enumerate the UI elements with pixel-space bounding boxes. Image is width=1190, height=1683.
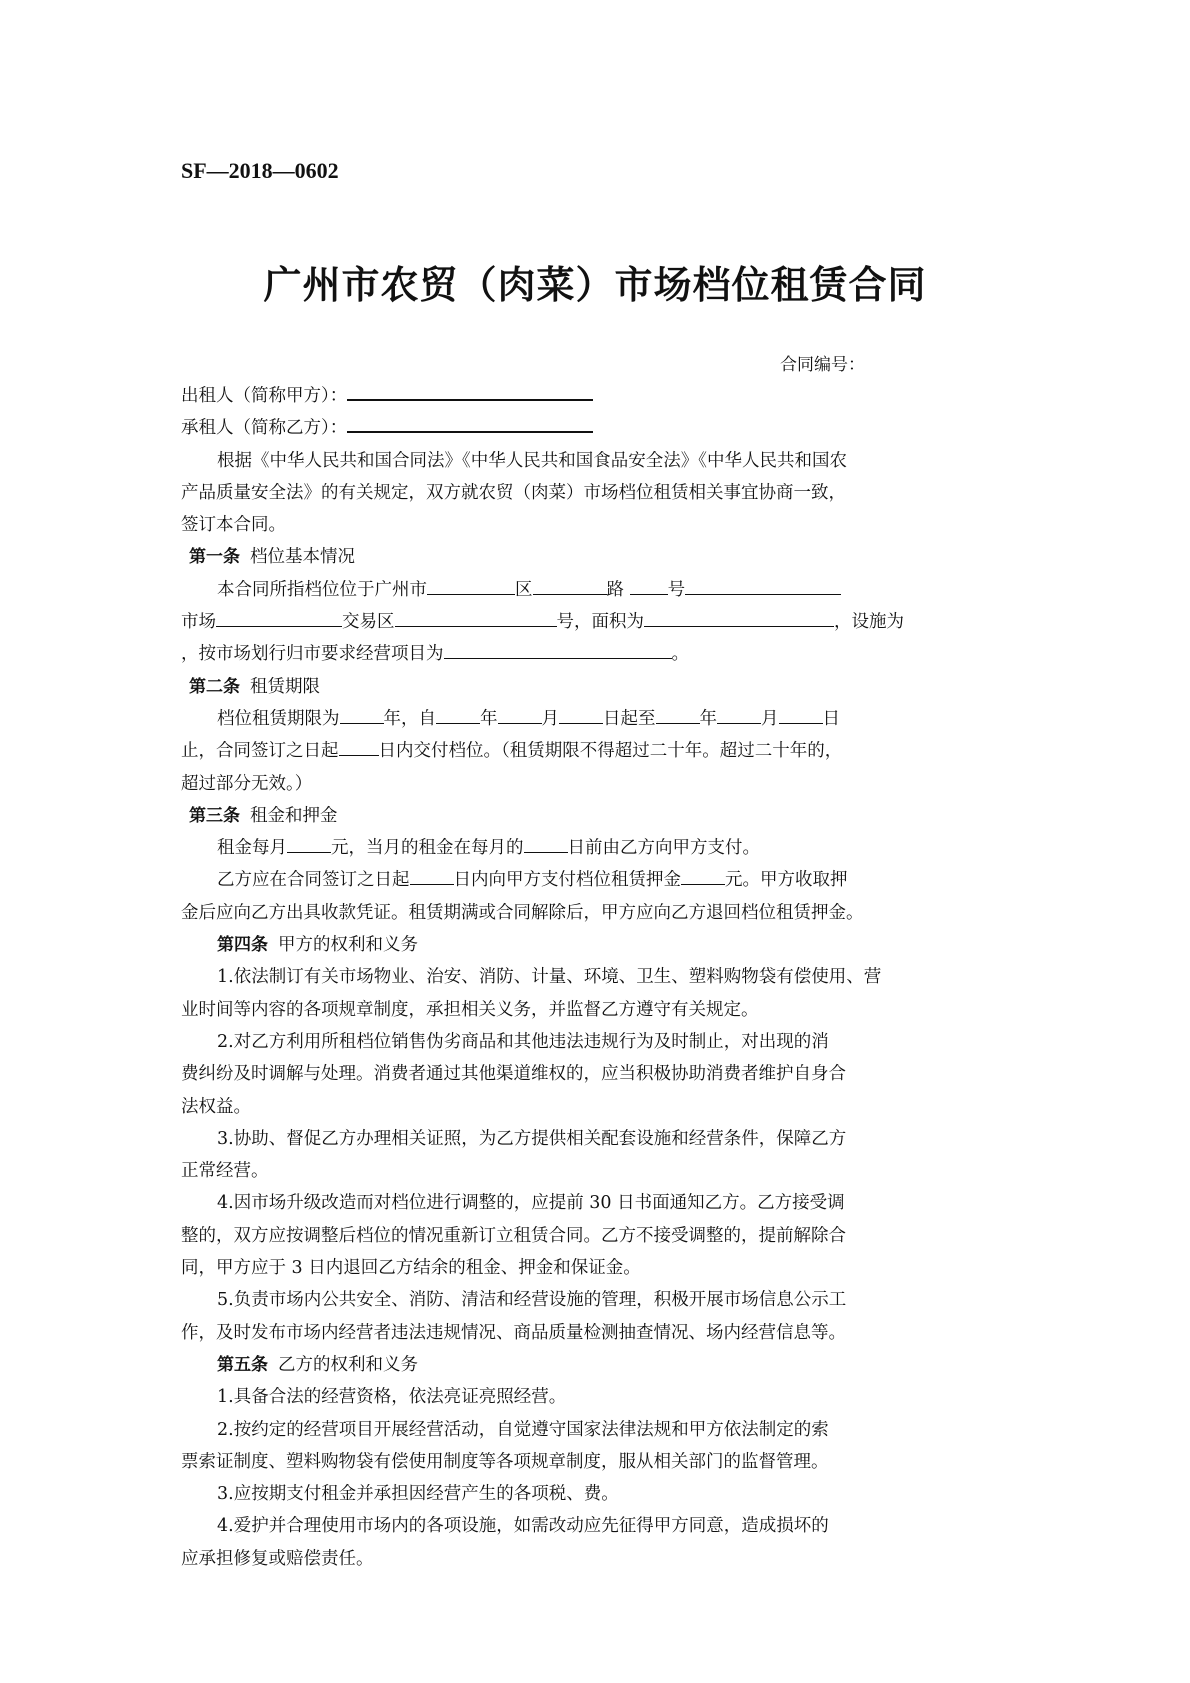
text-span: ，按市场划行归市要求经营项目为	[181, 644, 444, 664]
term-years-blank[interactable]	[340, 705, 384, 724]
text-span: 市场	[181, 612, 216, 632]
text-span: 日起至	[603, 709, 656, 729]
article-1-line: 本合同所指档位位于广州市区路 号	[181, 574, 1017, 606]
document-number: SF—2018—0602	[181, 158, 339, 184]
article-4-line: 1.依法制订有关市场物业、治安、消防、计量、环境、卫生、塑料购物袋有偿使用、营	[181, 961, 1017, 993]
text-span: 止，合同签订之日起	[181, 741, 339, 761]
document-title: 广州市农贸（肉菜）市场档位租赁合同	[0, 254, 1190, 309]
article-5-line: 4.爱护并合理使用市场内的各项设施，如需改动应先征得甲方同意，造成损坏的	[181, 1510, 1017, 1542]
article-3-heading: 第三条租金和押金	[181, 800, 1017, 832]
handover-days-blank[interactable]	[339, 737, 379, 756]
preamble-line: 根据《中华人民共和国合同法》《中华人民共和国食品安全法》《中华人民共和国农	[181, 445, 1017, 477]
end-year-blank[interactable]	[656, 705, 700, 724]
text-span: 日内向甲方支付档位租赁押金	[454, 870, 682, 890]
article-4-line: 作，及时发布市场内经营者违法违规情况、商品质量检测抽查情况、场内经营信息等。	[181, 1317, 1017, 1349]
article-number: 第四条	[217, 935, 268, 955]
lessor-blank[interactable]	[347, 381, 593, 401]
article-4-line: 费纠纷及时调解与处理。消费者通过其他渠道维权的，应当积极协助消费者维护自身合	[181, 1058, 1017, 1090]
start-day-blank[interactable]	[559, 705, 603, 724]
article-4-line: 正常经营。	[181, 1155, 1017, 1187]
street-number-blank[interactable]	[630, 576, 668, 595]
article-5-line: 3.应按期支付租金并承担因经营产生的各项税、费。	[181, 1478, 1017, 1510]
text-span: 日内交付档位。（租赁期限不得超过二十年。超过二十年的，	[379, 741, 843, 761]
article-2-line: 超过部分无效。）	[181, 768, 1017, 800]
zone-blank[interactable]	[395, 608, 557, 627]
article-4-line: 同，甲方应于 3 日内退回乙方结余的租金、押金和保证金。	[181, 1252, 1017, 1284]
article-5-heading: 第五条乙方的权利和义务	[181, 1349, 1017, 1381]
market-blank[interactable]	[216, 608, 342, 627]
text-span: 档位租赁期限为	[217, 709, 340, 729]
text-span: 号	[668, 580, 686, 600]
article-4-line: 4.因市场升级改造而对档位进行调整的，应提前 30 日书面通知乙方。乙方接受调	[181, 1187, 1017, 1219]
text-span: 号，面积为	[557, 612, 645, 632]
article-title: 租金和押金	[250, 806, 338, 826]
lessee-line: 承租人（简称乙方）：	[181, 412, 1017, 444]
area-blank[interactable]	[644, 608, 834, 627]
article-5-line: 2.按约定的经营项目开展经营活动，自觉遵守国家法律法规和甲方依法制定的索	[181, 1414, 1017, 1446]
district-blank[interactable]	[427, 576, 515, 595]
article-3-line: 租金每月元，当月的租金在每月的日前由乙方向甲方支付。	[181, 832, 1017, 864]
article-title: 租赁期限	[250, 677, 320, 697]
article-4-line: 2.对乙方利用所租档位销售伪劣商品和其他违法违规行为及时制止，对出现的消	[181, 1026, 1017, 1058]
article-3-line: 乙方应在合同签订之日起日内向甲方支付档位租赁押金元。甲方收取押	[181, 864, 1017, 896]
text-span: ，设施为	[834, 612, 904, 632]
text-span: 年	[480, 709, 498, 729]
text-span: 区	[515, 580, 533, 600]
article-5-line: 票索证制度、塑料购物袋有偿使用制度等各项规章制度，服从相关部门的监督管理。	[181, 1446, 1017, 1478]
article-4-line: 法权益。	[181, 1091, 1017, 1123]
article-4-line: 5.负责市场内公共安全、消防、清洁和经营设施的管理，积极开展市场信息公示工	[181, 1284, 1017, 1316]
article-2-heading: 第二条租赁期限	[181, 671, 1017, 703]
article-2-line: 止，合同签订之日起日内交付档位。（租赁期限不得超过二十年。超过二十年的，	[181, 735, 1017, 767]
text-span: 交易区	[342, 612, 395, 632]
text-span: 日	[823, 709, 841, 729]
text-span: 租金每月	[217, 838, 287, 858]
start-month-blank[interactable]	[498, 705, 542, 724]
article-number: 第二条	[189, 677, 240, 697]
text-span: 路	[607, 580, 625, 600]
payment-day-blank[interactable]	[524, 834, 568, 853]
monthly-rent-blank[interactable]	[287, 834, 331, 853]
contract-number-label: 合同编号：	[780, 350, 865, 375]
text-span: 乙方应在合同签订之日起	[217, 870, 410, 890]
end-month-blank[interactable]	[717, 705, 761, 724]
text-span: 本合同所指档位位于广州市	[217, 580, 427, 600]
document-page: SF—2018—0602 广州市农贸（肉菜）市场档位租赁合同 合同编号： 出租人…	[0, 0, 1190, 1683]
text-span: 月	[761, 709, 779, 729]
article-1-line: 市场交易区号，面积为，设施为	[181, 606, 1017, 638]
article-title: 档位基本情况	[250, 547, 355, 567]
deposit-amount-blank[interactable]	[681, 866, 725, 885]
deposit-days-blank[interactable]	[410, 866, 454, 885]
text-span: 元。甲方收取押	[725, 870, 848, 890]
end-day-blank[interactable]	[779, 705, 823, 724]
article-4-line: 整的，双方应按调整后档位的情况重新订立租赁合同。乙方不接受调整的，提前解除合	[181, 1220, 1017, 1252]
contract-body: 出租人（简称甲方）： 承租人（简称乙方）： 根据《中华人民共和国合同法》《中华人…	[181, 380, 1017, 1575]
text-span: 月	[542, 709, 560, 729]
market-name-blank[interactable]	[685, 576, 841, 595]
text-span: 年	[700, 709, 718, 729]
article-4-line: 3.协助、督促乙方办理相关证照，为乙方提供相关配套设施和经营条件，保障乙方	[181, 1123, 1017, 1155]
lessor-line: 出租人（简称甲方）：	[181, 380, 1017, 412]
article-title: 甲方的权利和义务	[278, 935, 418, 955]
start-year-blank[interactable]	[436, 705, 480, 724]
text-span: 日前由乙方向甲方支付。	[568, 838, 761, 858]
article-1-line: ，按市场划行归市要求经营项目为。	[181, 638, 1017, 670]
road-blank[interactable]	[533, 576, 607, 595]
lessee-blank[interactable]	[347, 413, 593, 433]
article-5-line: 1.具备合法的经营资格，依法亮证亮照经营。	[181, 1381, 1017, 1413]
lessor-label: 出租人（简称甲方）：	[181, 386, 347, 406]
article-number: 第三条	[189, 806, 240, 826]
lessee-label: 承租人（简称乙方）：	[181, 418, 347, 438]
preamble-line: 产品质量安全法》的有关规定，双方就农贸（肉菜）市场档位租赁相关事宜协商一致，	[181, 477, 1017, 509]
article-4-line: 业时间等内容的各项规章制度，承担相关义务，并监督乙方遵守有关规定。	[181, 994, 1017, 1026]
article-title: 乙方的权利和义务	[278, 1355, 418, 1375]
article-number: 第一条	[189, 547, 240, 567]
text-span: 年，自	[384, 709, 437, 729]
business-scope-blank[interactable]	[444, 640, 672, 659]
article-number: 第五条	[217, 1355, 268, 1375]
article-2-line: 档位租赁期限为年，自年月日起至年月日	[181, 703, 1017, 735]
article-3-line: 金后应向乙方出具收款凭证。租赁期满或合同解除后，甲方应向乙方退回档位租赁押金。	[181, 897, 1017, 929]
article-5-line: 应承担修复或赔偿责任。	[181, 1543, 1017, 1575]
text-span: 元，当月的租金在每月的	[331, 838, 524, 858]
preamble-line: 签订本合同。	[181, 509, 1017, 541]
text-span: 。	[672, 644, 690, 664]
article-1-heading: 第一条档位基本情况	[181, 541, 1017, 573]
article-4-heading: 第四条甲方的权利和义务	[181, 929, 1017, 961]
